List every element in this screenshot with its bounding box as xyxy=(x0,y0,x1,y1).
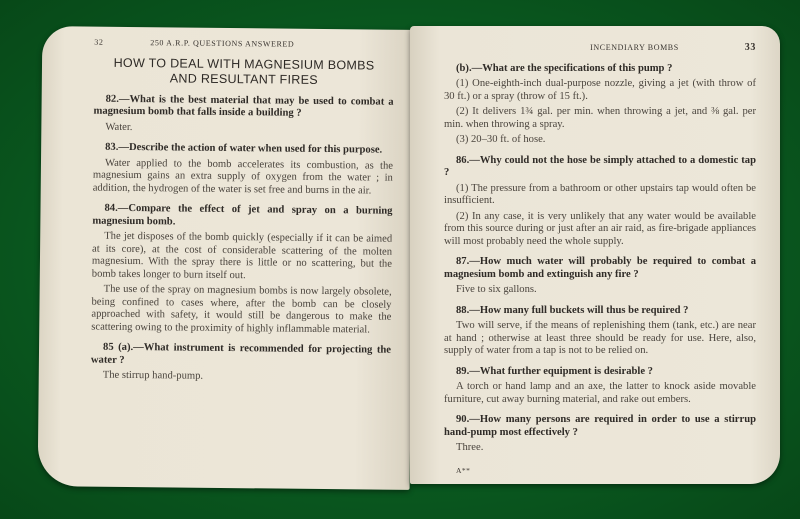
answer: The jet disposes of the bomb quickly (es… xyxy=(92,231,393,284)
answer: (3) 20–30 ft. of hose. xyxy=(444,134,756,147)
answer: A torch or hand lamp and an axe, the lat… xyxy=(444,381,756,406)
question: 88.—How many full buckets will thus be r… xyxy=(444,305,756,318)
running-head: Incendiary Bombs 33 xyxy=(444,42,756,55)
running-head-title: Incendiary Bombs xyxy=(590,42,679,55)
answer: The stirrup hand-pump. xyxy=(91,370,391,386)
answer: (2) It delivers 1¾ gal. per min. when th… xyxy=(444,106,756,131)
answer: Water applied to the bomb accelerates it… xyxy=(93,157,393,198)
answer: (1) The pressure from a bathroom or othe… xyxy=(444,183,756,208)
left-page: 32 250 A.R.P. Questions Answered HOW TO … xyxy=(38,26,415,490)
page-number: 33 xyxy=(745,42,756,55)
running-head-title: 250 A.R.P. Questions Answered xyxy=(150,37,294,51)
question: 86.—Why could not the hose be simply att… xyxy=(444,155,756,180)
answer: Water. xyxy=(93,121,393,137)
question: (b).—What are the specifications of this… xyxy=(444,63,756,76)
question: 87.—How much water will probably be requ… xyxy=(444,256,756,281)
section-heading: HOW TO DEAL WITH MAGNESIUM BOMBS AND RES… xyxy=(94,55,394,88)
answer: The use of the spray on magnesium bombs … xyxy=(91,284,392,337)
running-head: 32 250 A.R.P. Questions Answered xyxy=(94,37,394,53)
question: 89.—What further equipment is desirable … xyxy=(444,366,756,379)
answer: Three. xyxy=(444,442,756,455)
right-page: Incendiary Bombs 33 (b).—What are the sp… xyxy=(410,26,780,484)
answer: (2) In any case, it is very unlikely tha… xyxy=(444,211,756,249)
right-page-content: Incendiary Bombs 33 (b).—What are the sp… xyxy=(444,42,756,477)
section-heading-line: AND RESULTANT FIRES xyxy=(94,70,394,88)
question: 90.—How many persons are required in ord… xyxy=(444,414,756,439)
question: 82.—What is the best material that may b… xyxy=(93,93,393,121)
answer: (1) One-eighth-inch dual-purpose nozzle,… xyxy=(444,78,756,103)
left-page-content: 32 250 A.R.P. Questions Answered HOW TO … xyxy=(91,37,395,386)
question: 84.—Compare the effect of jet and spray … xyxy=(92,203,392,231)
question: 85 (a).—What instrument is recommended f… xyxy=(91,342,391,370)
question: 83.—Describe the action of water when us… xyxy=(93,142,393,158)
page-number: 32 xyxy=(94,37,150,50)
printer-signature: A** xyxy=(444,465,756,478)
answer: Two will serve, if the means of replenis… xyxy=(444,320,756,358)
section-heading-line: HOW TO DEAL WITH MAGNESIUM BOMBS xyxy=(94,55,394,73)
answer: Five to six gallons. xyxy=(444,284,756,297)
